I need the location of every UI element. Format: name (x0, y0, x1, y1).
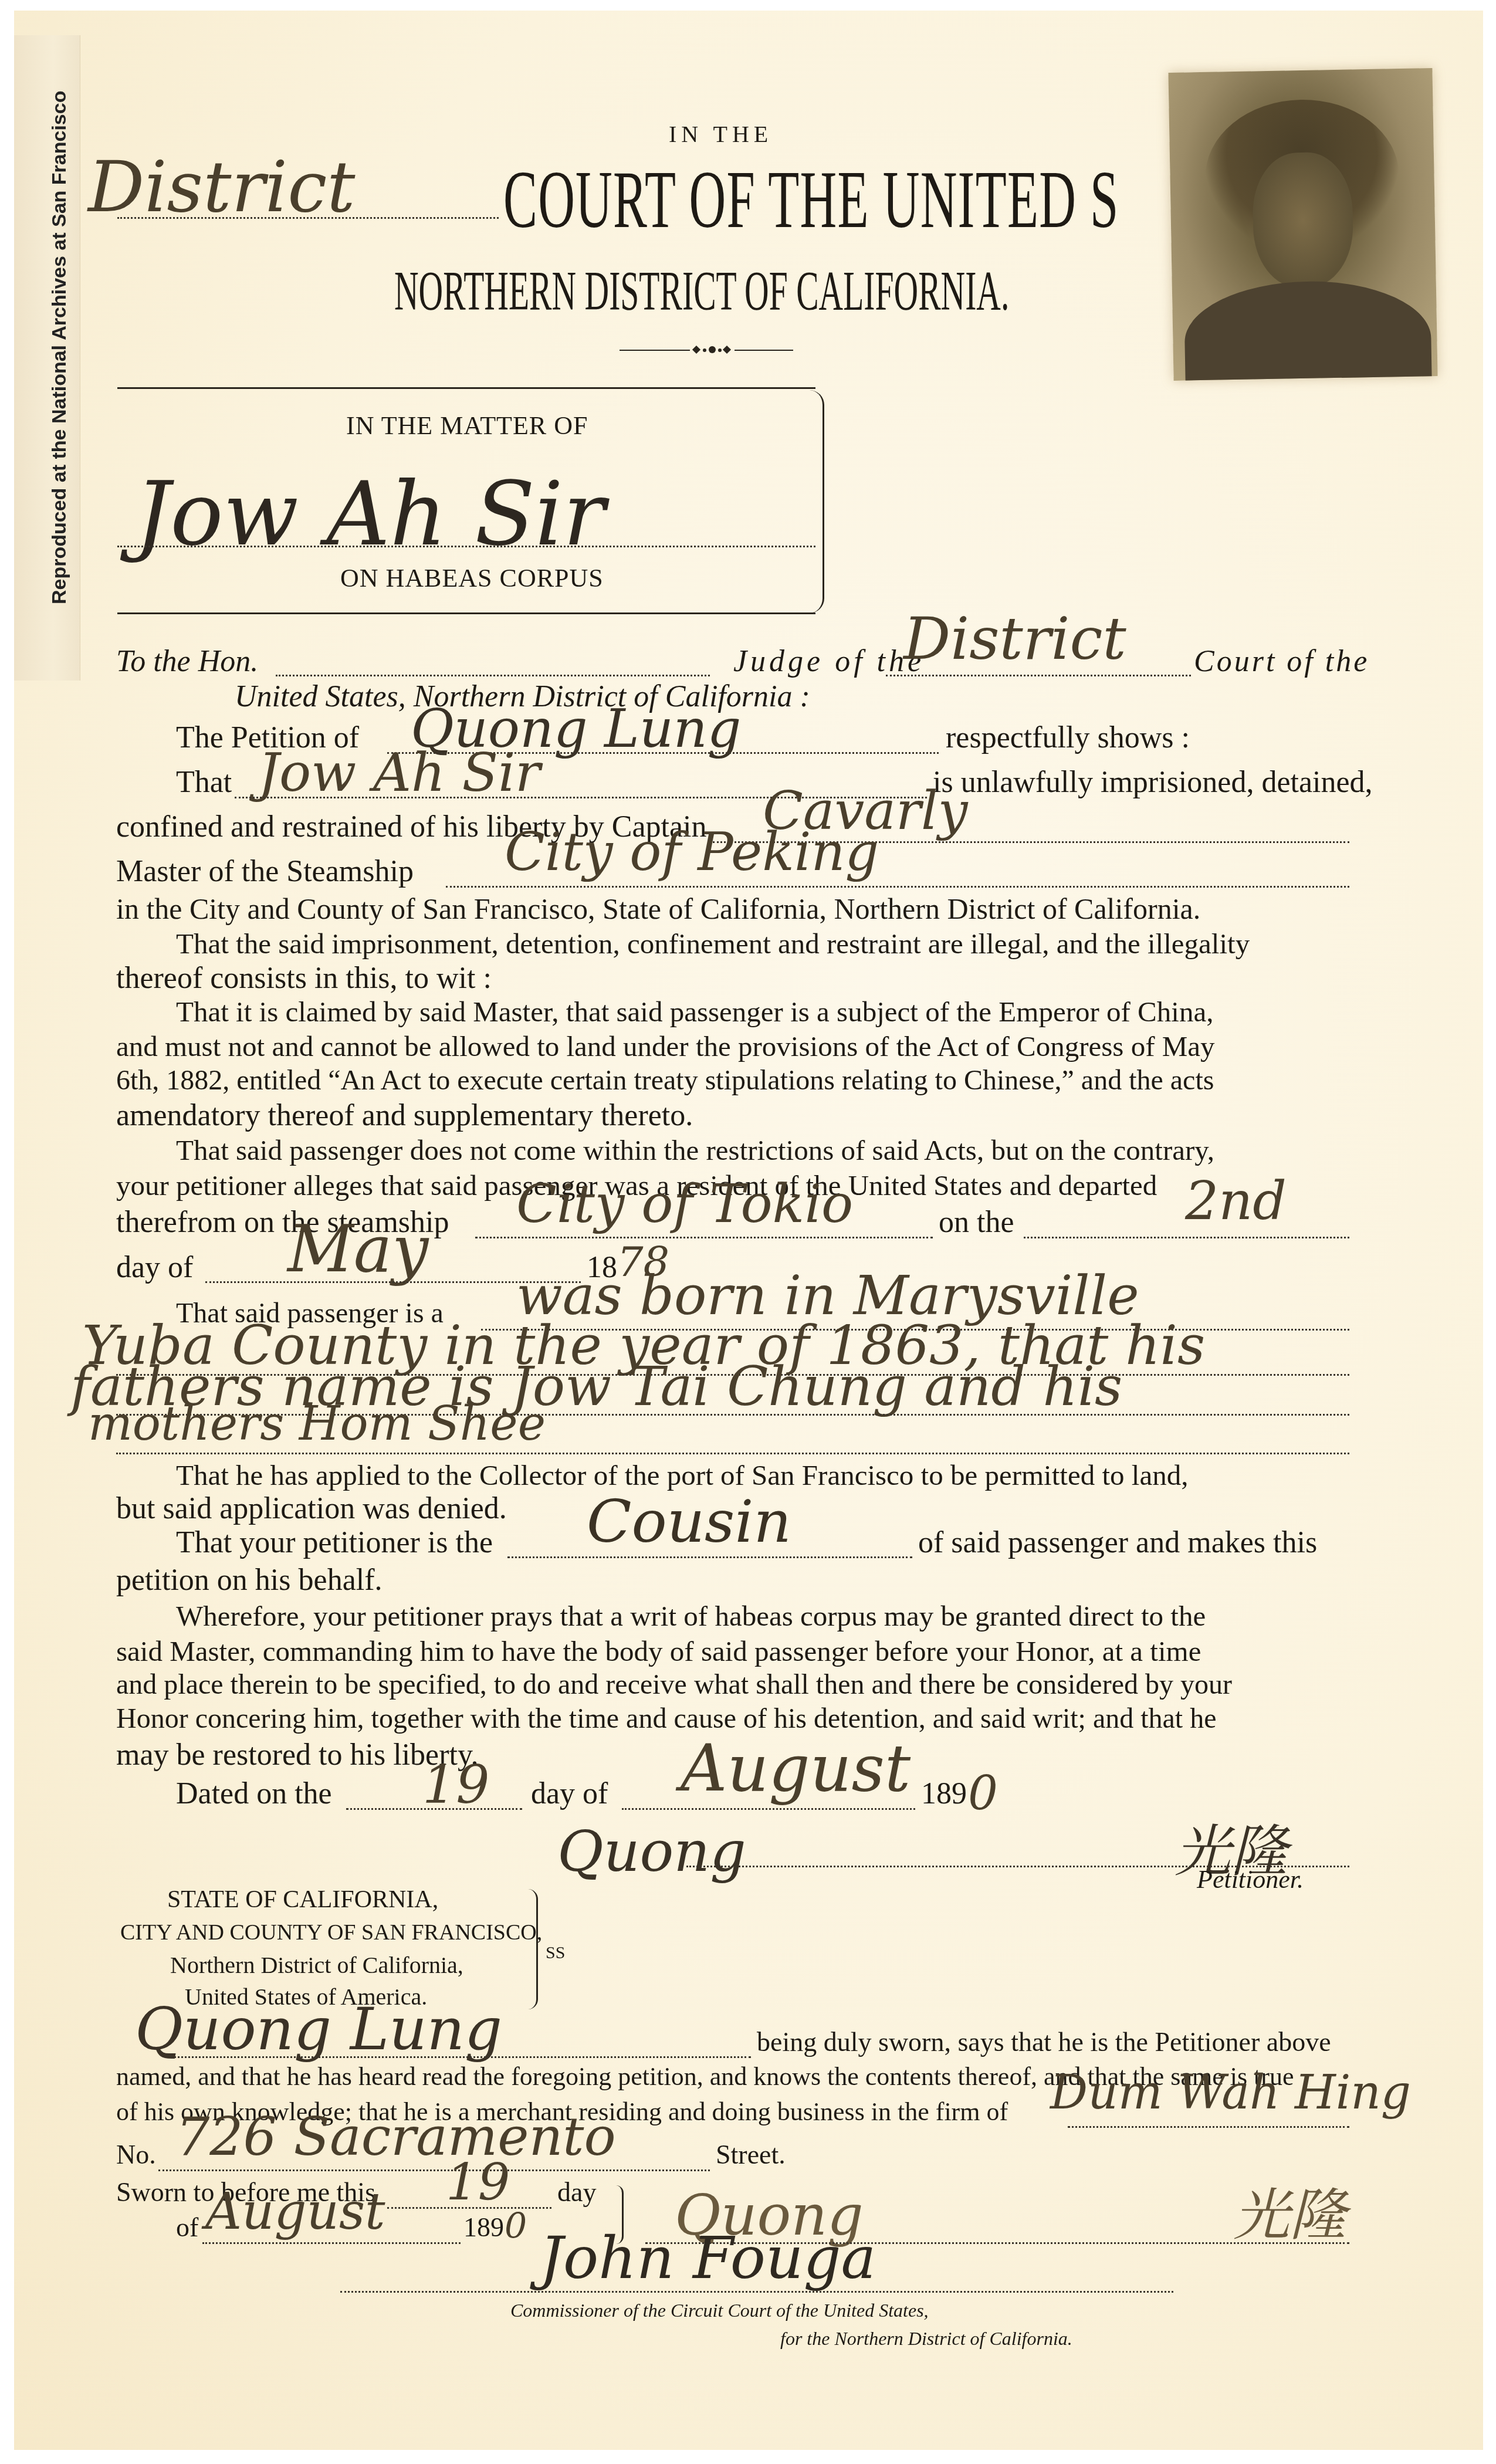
day-of-label: day of (116, 1253, 193, 1283)
in-the-matter-of: IN THE MATTER OF (346, 411, 588, 441)
archive-stamp: Reproduced at the National Archives at S… (48, 91, 71, 604)
claimed-para-4: amendatory thereof and supplementary the… (116, 1101, 693, 1131)
sworn-month-handwritten: August (205, 2182, 385, 2241)
court-type-line (886, 675, 1191, 676)
caption-name-line (117, 546, 815, 547)
venue-district: Northern District of California, (170, 1951, 463, 1979)
departure-day-line (1024, 1237, 1349, 1238)
firm-line (1068, 2126, 1349, 2128)
departure-day-handwritten: 2nd (1185, 1170, 1287, 1232)
judge-of-the: Judge of the (733, 647, 925, 677)
behalf-text: petition on his behalf. (116, 1565, 382, 1596)
unlawfully-text: is unlawfully imprisioned, detained, (933, 767, 1373, 798)
statement-line-4-rule (116, 1453, 1349, 1454)
district-title: NORTHERN DISTRICT OF CALIFORNIA. (394, 258, 1009, 323)
relation-prefix: That your petitioner is the (176, 1528, 493, 1558)
illegal-para-1: That the said imprisonment, detention, c… (176, 929, 1250, 958)
on-the-label: on the (939, 1207, 1014, 1238)
sworn-line-1: being duly sworn, says that he is the Pe… (757, 2029, 1331, 2056)
relation-handwritten: Cousin (587, 1487, 791, 1556)
dated-year-prefix: 189 (921, 1779, 967, 1809)
header-in-the: IN THE (669, 120, 773, 148)
court-line (117, 217, 499, 219)
to-the-hon: To the Hon. (116, 647, 258, 677)
of-label: of (176, 2214, 198, 2241)
commissioner-title-1: Commissioner of the Circuit Court of the… (510, 2300, 929, 2321)
petitioner-label: Petitioner. (1197, 1867, 1304, 1893)
departure-month-handwritten: May (287, 1211, 428, 1287)
passenger-name-handwritten: Jow Ah Sir (258, 742, 540, 804)
statement-line-4: mothers Hom Shee (88, 1396, 546, 1451)
photo-body (1184, 279, 1432, 381)
firm-handwritten: Dum Wah Hing (1050, 2065, 1411, 2120)
no-label: No. (116, 2141, 156, 2168)
wherefore-3: and place therein to be specified, to do… (116, 1671, 1232, 1699)
caption-box-brace (810, 390, 824, 613)
dated-day-line (346, 1808, 522, 1810)
sworn-month-line (202, 2242, 461, 2244)
steamship-line (446, 886, 1349, 888)
venue-state: STATE OF CALIFORNIA, (167, 1886, 438, 1914)
dated-day-handwritten: 19 (422, 1754, 490, 1816)
relation-line (507, 1556, 912, 1558)
location-line: in the City and County of San Francisco,… (116, 894, 1200, 923)
master-of-steamship: Master of the Steamship (116, 857, 414, 887)
court-handwritten: District (88, 147, 356, 228)
steamship-handwritten: City of Peking (505, 821, 879, 883)
street-label: Street. (716, 2141, 786, 2168)
wherefore-1: Wherefore, your petitioner prays that a … (176, 1602, 1206, 1630)
judge-name-line (276, 675, 710, 676)
wherefore-2: said Master, commanding him to have the … (116, 1637, 1201, 1666)
commissioner-line (340, 2291, 1173, 2293)
commissioner-title-2: for the Northern District of California. (780, 2328, 1072, 2350)
court-type-handwritten: District (903, 604, 1126, 673)
caption-name-handwritten: Jow Ah Sir (135, 463, 605, 566)
street-line (158, 2169, 710, 2171)
passenger-photo (1168, 68, 1437, 381)
contrary-para-1: That said passenger does not come within… (176, 1136, 1214, 1165)
caption-box-top-rule (117, 387, 815, 389)
caption-box-bottom-rule (117, 612, 815, 614)
claimed-para-3: 6th, 1882, entitled “An Act to execute c… (116, 1067, 1214, 1095)
that-label: That (176, 767, 232, 798)
sworn-year-prefix: 189 (463, 2214, 504, 2241)
claimed-para-1: That it is claimed by said Master, that … (176, 997, 1213, 1026)
dated-on-the: Dated on the (176, 1779, 332, 1809)
wherefore-4: Honor concering him, together with the t… (116, 1705, 1217, 1733)
court-title: COURT OF THE UNITED S (503, 153, 1119, 247)
venue-city: CITY AND COUNTY OF SAN FRANCISCO, (120, 1920, 542, 1945)
relation-suffix: of said passenger and makes this (918, 1528, 1317, 1558)
street-handwritten: 726 Sacramento (176, 2106, 616, 2168)
departure-ship-handwritten: City of Tokio (516, 1173, 853, 1235)
sworn-day-handwritten: 19 (446, 2153, 510, 2212)
sworn-year-handwritten: 0 (505, 2206, 527, 2247)
petitioner-signature: Quong 光隆 Lung (557, 1807, 1496, 1887)
respectfully-shows: respectfully shows : (946, 723, 1190, 753)
applied-para-1: That he has applied to the Collector of … (176, 1461, 1188, 1490)
affiant-name-handwritten: Quong Lung (135, 1995, 502, 2063)
dated-day-of: day of (531, 1779, 608, 1809)
day-label: day (557, 2179, 596, 2206)
venue-brace (528, 1889, 538, 2009)
photo-face (1252, 152, 1354, 289)
applied-para-2: but said application was denied. (116, 1494, 507, 1524)
on-habeas-corpus: ON HABEAS CORPUS (340, 563, 604, 593)
affiant-line (170, 2056, 751, 2058)
commissioner-signature: John Fouga (540, 2223, 876, 2292)
departure-ship-line (475, 1237, 933, 1238)
court-of-the: Court of the (1194, 647, 1369, 677)
ss-label: SS (546, 1943, 565, 1963)
dated-month-handwritten: August (681, 1731, 911, 1806)
claimed-para-2: and must not and cannot be allowed to la… (116, 1032, 1215, 1061)
illegal-para-2: thereof consists in this, to wit : (116, 963, 492, 994)
ornament-divider (620, 346, 807, 354)
